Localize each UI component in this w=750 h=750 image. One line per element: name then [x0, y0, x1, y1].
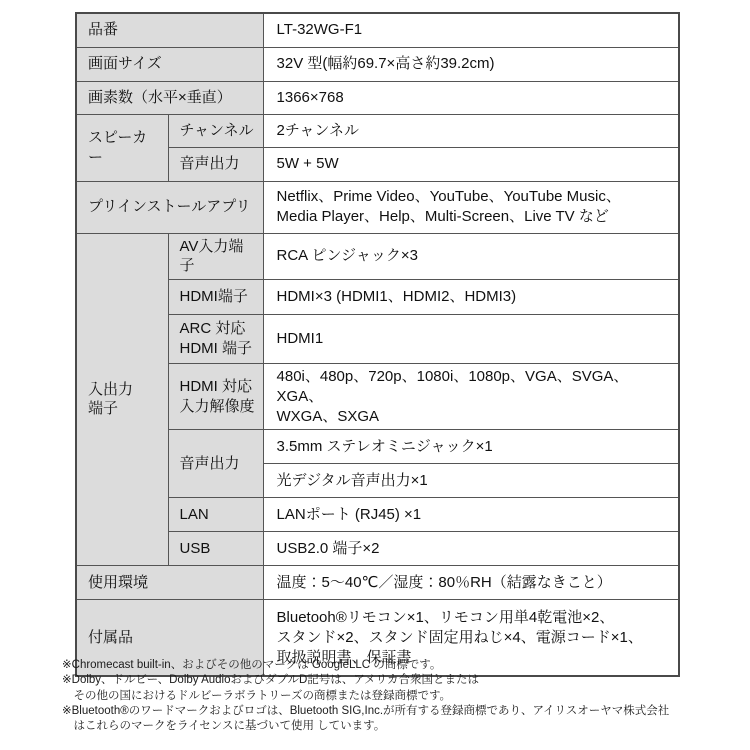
spec-page: 品番 LT-32WG-F1 画面サイズ 32V 型(幅約69.7×高さ約39.2…: [0, 0, 750, 750]
spec-value-model: LT-32WG-F1: [263, 13, 679, 47]
table-row: 画面サイズ 32V 型(幅約69.7×高さ約39.2cm): [76, 47, 679, 81]
spec-value-speaker-channel: 2チャンネル: [263, 114, 679, 147]
spec-value-io-audio-output-1: 3.5mm ステレオミニジャック×1: [263, 430, 679, 464]
table-row: 画素数（水平×垂直） 1366×768: [76, 81, 679, 114]
spec-label-hdmi: HDMI端子: [168, 280, 263, 315]
spec-value-environment: 温度：5～40℃／湿度：80％RH（結露なきこと）: [263, 566, 679, 600]
footnotes: ※Chromecast built-in、およびその他のマークは GoogleL…: [62, 658, 722, 734]
spec-value-pixel-count: 1366×768: [263, 81, 679, 114]
spec-label-lan: LAN: [168, 498, 263, 532]
footnote-bluetooth: ※Bluetooth®のワードマークおよびロゴは、Bluetooth SIG,I…: [62, 704, 722, 735]
spec-value-av-input: RCA ピンジャック×3: [263, 233, 679, 280]
spec-label-io-audio-output: 音声出力: [168, 430, 263, 498]
spec-label-environment: 使用環境: [76, 566, 263, 600]
spec-label-speaker-audio-output: 音声出力: [168, 147, 263, 181]
spec-value-hdmi: HDMI×3 (HDMI1、HDMI2、HDMI3): [263, 280, 679, 315]
spec-label-arc-hdmi: ARC 対応 HDMI 端子: [168, 315, 263, 364]
footnote-chromecast: ※Chromecast built-in、およびその他のマークは GoogleL…: [62, 658, 722, 673]
spec-group-io-terminals: 入出力 端子: [76, 233, 168, 566]
spec-value-usb: USB2.0 端子×2: [263, 532, 679, 566]
spec-label-hdmi-resolutions: HDMI 対応 入力解像度: [168, 364, 263, 430]
spec-group-speaker: スピーカー: [76, 114, 168, 181]
table-row: プリインストールアプリ Netflix、Prime Video、YouTube、…: [76, 181, 679, 233]
spec-label-speaker-channel: チャンネル: [168, 114, 263, 147]
spec-value-preinstalled-apps: Netflix、Prime Video、YouTube、YouTube Musi…: [263, 181, 679, 233]
table-row: スピーカー チャンネル 2チャンネル: [76, 114, 679, 147]
spec-label-model: 品番: [76, 13, 263, 47]
table-row: 使用環境 温度：5～40℃／湿度：80％RH（結露なきこと）: [76, 566, 679, 600]
spec-value-lan: LANポート (RJ45) ×1: [263, 498, 679, 532]
spec-label-preinstalled-apps: プリインストールアプリ: [76, 181, 263, 233]
spec-value-speaker-audio-output: 5W + 5W: [263, 147, 679, 181]
table-row: 入出力 端子 AV入力端子 RCA ピンジャック×3: [76, 233, 679, 280]
spec-value-arc-hdmi: HDMI1: [263, 315, 679, 364]
spec-label-screen-size: 画面サイズ: [76, 47, 263, 81]
spec-value-screen-size: 32V 型(幅約69.7×高さ約39.2cm): [263, 47, 679, 81]
footnote-dolby: ※Dolby、ドルビー、Dolby AudioおよびダブルD記号は、アメリカ合衆…: [62, 673, 722, 704]
spec-table: 品番 LT-32WG-F1 画面サイズ 32V 型(幅約69.7×高さ約39.2…: [75, 12, 680, 677]
spec-label-usb: USB: [168, 532, 263, 566]
table-row: 品番 LT-32WG-F1: [76, 13, 679, 47]
spec-label-pixel-count: 画素数（水平×垂直）: [76, 81, 263, 114]
spec-value-hdmi-resolutions: 480i、480p、720p、1080i、1080p、VGA、SVGA、XGA、…: [263, 364, 679, 430]
spec-label-av-input: AV入力端子: [168, 233, 263, 280]
spec-value-io-audio-output-2: 光デジタル音声出力×1: [263, 464, 679, 498]
